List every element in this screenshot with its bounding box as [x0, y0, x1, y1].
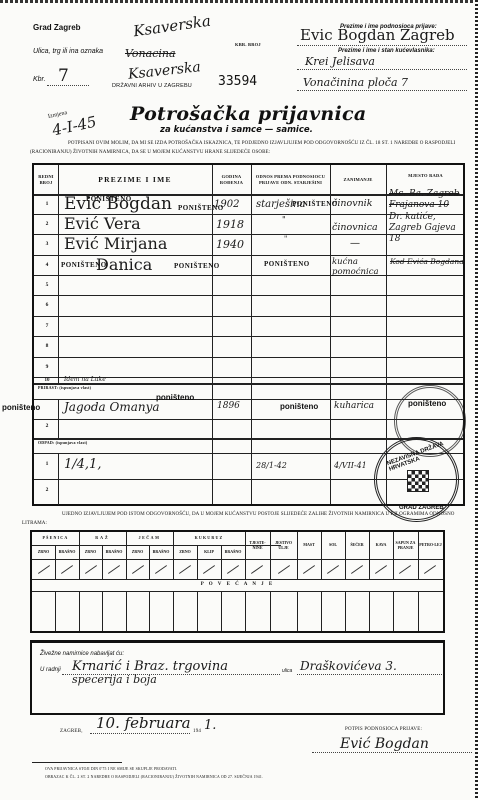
- shop-section: Živežne namirnice nabavljat ću: U radnji…: [30, 640, 445, 715]
- row-number: 3: [34, 241, 60, 247]
- intro-text: POTPISANI OVIM MOLIM, DA MI SE IZDA POTR…: [30, 139, 468, 157]
- canceled-stamp: PONIŠTENO: [61, 261, 107, 269]
- header-kava: KAVA: [369, 532, 393, 559]
- page-title: Potrošačka prijavnica: [130, 103, 367, 125]
- member-birth-year: 1918: [216, 218, 244, 231]
- archive-number: 33594: [218, 74, 257, 89]
- member-name: Ević Mirjana: [64, 234, 167, 253]
- prirast-birth-year: 1896: [217, 401, 240, 411]
- header-tjestenine: TJESTE-NINE: [245, 532, 270, 559]
- col-divider: [58, 165, 59, 383]
- member-occupation: činovnik: [332, 198, 372, 209]
- header-kukuruz-brasno: BRAŠNO: [221, 545, 245, 559]
- year-prefix: 194: [193, 729, 201, 735]
- header-psenica-zrno: ZRNO: [32, 545, 55, 559]
- archive-stamp: DRŽAVNI ARHIV U ZAGREBU: [112, 83, 192, 89]
- landlord-label: Prezime i ime i stan kućevlasnika:: [338, 48, 435, 54]
- header-jestivo-ulje: JESTIVO ULJE: [270, 532, 297, 559]
- member-birth-year: 1940: [216, 238, 244, 251]
- header-sol: SOL: [321, 532, 345, 559]
- header-raz-brasno: BRAŠNO: [102, 545, 126, 559]
- coat-of-arms-icon: [407, 470, 429, 492]
- shop-street-value: Draškovićeva 3.: [300, 659, 397, 673]
- header-petrolej: PETRO-LEJ: [418, 532, 443, 559]
- member-name: Idem na Luke: [64, 376, 106, 383]
- header-kukuruz-zrno: ZRNO: [173, 545, 197, 559]
- canceled-stamp: PONIŠTENO: [178, 204, 224, 212]
- signature-label: POTPIS PODNOSIOCA PRIJAVE:: [345, 727, 422, 733]
- header-zanimanje: ZANIMANJE: [330, 165, 386, 194]
- member-relation: ": [282, 215, 286, 224]
- row-number: 1: [34, 461, 60, 467]
- canceled-stamp: PONIŠTENO: [264, 260, 310, 268]
- header-kukuruz: KUKURUZ: [173, 532, 245, 545]
- member-name: Ević Vera: [64, 214, 141, 233]
- header-kukuruz-klip: KLIP: [197, 545, 221, 559]
- canceled-stamp: PONIŠTENO: [86, 195, 132, 203]
- shop-label: U radnji: [40, 667, 61, 673]
- header-sapun: SAPUN ZA PRANJE: [393, 532, 418, 559]
- prirast-occupation: kuharica: [334, 401, 374, 411]
- year-suffix: 1.: [204, 718, 216, 733]
- prirast-label: PRIRAST: (ispunjava vlast): [38, 386, 91, 391]
- header-godina-rodenja: GODINA ROĐENJA: [212, 165, 251, 194]
- canceled-stamp: poništeno: [156, 393, 194, 402]
- odpad-date: 28/1-42: [256, 461, 287, 470]
- row-number: 4: [34, 262, 60, 268]
- landlord-line-2: [297, 90, 467, 91]
- landlord-line-1: [297, 69, 467, 70]
- date-value: 10. februara: [96, 714, 191, 732]
- shop-street-label: ulica: [282, 668, 292, 674]
- landlord-value-2: Vonačinina ploča 7: [303, 76, 408, 89]
- odpad-label: ODPAD: (ispunjava vlast): [38, 441, 87, 446]
- page-edge-top: [0, 0, 478, 3]
- row-number: 9: [34, 364, 60, 370]
- increase-label: P O V E Ć A N J E: [32, 579, 443, 591]
- odpad-date-2: 4/VII-41: [334, 461, 367, 470]
- footer-divider: [32, 762, 122, 763]
- city-label: Grad Zagreb: [33, 23, 81, 32]
- header-prezime-ime: PREZIME I IME: [58, 165, 212, 194]
- shop-value: Krnarić i Braz. trgovina: [72, 659, 228, 674]
- applicant-value: Evic Bogdan Zagreb: [300, 26, 455, 44]
- member-workplace: Dr. katiće, Zagreb Gajeva 18: [389, 212, 469, 245]
- member-workplace: Kod Evića Bogdana: [390, 257, 464, 266]
- reg-number-label: KBR. BROJ: [235, 42, 261, 47]
- header-jecam-zrno: ZRNO: [126, 545, 149, 559]
- row-number: 2: [34, 221, 60, 227]
- kbr-label: Kbr.: [33, 76, 46, 83]
- row-number: 7: [34, 323, 60, 329]
- row-number: 5: [34, 282, 60, 288]
- street-value-top: Ksaverska: [132, 12, 212, 41]
- member-occupation: činovnica: [332, 222, 378, 233]
- page-subtitle: za kućanstva i samce — samice.: [160, 125, 313, 135]
- kbr-value: 7: [58, 66, 69, 86]
- landlord-value-1: Krei Jelisava: [305, 55, 375, 68]
- header-redni-broj: REDNI BROJ: [34, 165, 58, 194]
- member-relation: ": [284, 235, 287, 243]
- row-number: 2: [34, 487, 60, 493]
- header-psenica: PŠENICA: [32, 532, 79, 545]
- header-odnos: ODNOS PREMA PODNOSIOCU PRIJAVE ODN. STAR…: [251, 165, 330, 194]
- household-members-table: REDNI BROJ PREZIME I IME GODINA ROĐENJA …: [32, 163, 465, 506]
- header-jecam-brasno: BRAŠNO: [149, 545, 173, 559]
- odpad-entry: 1/4,1,: [64, 457, 101, 472]
- row-number: 2: [34, 423, 60, 429]
- applicant-line: [297, 45, 467, 46]
- supplies-table: PŠENICA RAŽ JEČAM KUKURUZ ZRNO BRAŠNO ZR…: [30, 530, 445, 633]
- street-label: Ulica, trg ili ina oznaka: [33, 48, 103, 55]
- header-raz-zrno: ZRNO: [79, 545, 102, 559]
- row-number: 1: [34, 201, 60, 207]
- form-reference-note: OBRAZAC K ČL. 2 ST. 2 NAREDBE O RASPODJE…: [45, 775, 263, 779]
- header-mast: MAST: [297, 532, 321, 559]
- price-note: OVA PRIJAVNICA STOJI DIN 0'75 I NE SMIJE…: [45, 767, 177, 771]
- member-occupation: —: [350, 238, 360, 249]
- shop-value-2: specerija i boja: [72, 673, 157, 686]
- header-raz: RAŽ: [79, 532, 126, 545]
- header-psenica-brasno: BRAŠNO: [55, 545, 79, 559]
- header-jecam: JEČAM: [126, 532, 173, 545]
- header-secer: ŠEĆER: [345, 532, 369, 559]
- shop-intro-label: Živežne namirnice nabavljat ću:: [40, 651, 124, 657]
- street-value-bottom: Ksaverska: [127, 59, 201, 83]
- member-workplace: Mc. Ba. Zagreb Frajanova 10: [389, 189, 467, 211]
- row-number: 6: [34, 302, 60, 308]
- canceled-stamp: poništeno: [280, 402, 318, 411]
- canceled-stamp: poništeno: [2, 403, 40, 412]
- canceled-stamp: PONIŠTENO: [174, 262, 220, 270]
- prirast-name: Jagoda Omanya: [64, 400, 160, 414]
- member-occupation: kućna pomoćnica: [332, 257, 386, 277]
- canceled-stamp: PONIŠTENO: [292, 200, 338, 208]
- supplies-intro: UJEDNO IZJAVLJUJEM POD ISTOM ODGOVORNOŠĆ…: [22, 510, 472, 528]
- street-value-struck: Vonacina: [125, 47, 176, 60]
- place-label: ZAGREB,: [60, 729, 83, 735]
- signature-value: Ević Bogdan: [340, 736, 429, 752]
- row-number: 10: [34, 378, 60, 383]
- row-number: 8: [34, 343, 60, 349]
